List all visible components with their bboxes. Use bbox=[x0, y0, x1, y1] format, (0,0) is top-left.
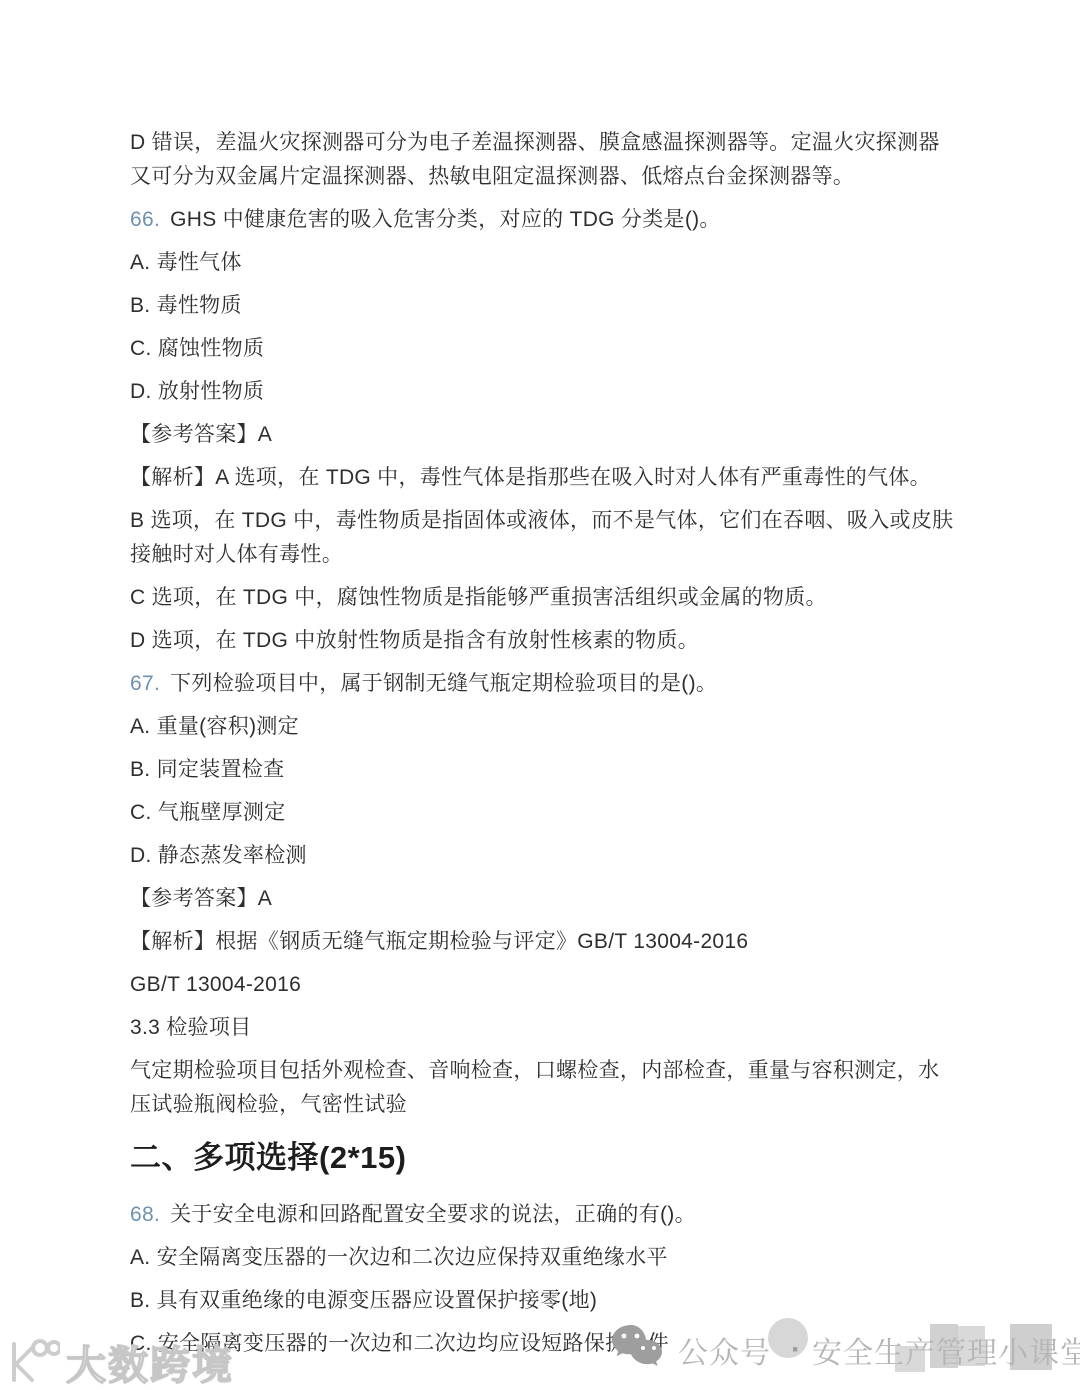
question-68: 68.关于安全电源和回路配置安全要求的说法，正确的有()。 bbox=[130, 1198, 955, 1232]
option-b: B. 毒性物质 bbox=[130, 289, 955, 323]
explanation-text: D 错误，差温火灾探测器可分为电子差温探测器、膜盒感温探测器等。定温火灾探测器又… bbox=[130, 126, 955, 194]
option-a: A. 安全隔离变压器的一次边和二次边应保持双重绝缘水平 bbox=[130, 1241, 955, 1275]
analysis-text: 【解析】根据《钢质无缝气瓶定期检验与评定》GB/T 13004-2016 bbox=[130, 925, 955, 959]
analysis-text: C 选项，在 TDG 中，腐蚀性物质是指能够严重损害活组织或金属的物质。 bbox=[130, 581, 955, 615]
analysis-text: D 选项，在 TDG 中放射性物质是指含有放射性核素的物质。 bbox=[130, 624, 955, 658]
question-text: GHS 中健康危害的吸入危害分类，对应的 TDG 分类是()。 bbox=[170, 208, 721, 231]
option-a: A. 重量(容积)测定 bbox=[130, 710, 955, 744]
question-number: 67. bbox=[130, 672, 160, 695]
option-d: D. 放射性物质 bbox=[130, 375, 955, 409]
document-page: D 错误，差温火灾探测器可分为电子差温探测器、膜盒感温探测器等。定温火灾探测器又… bbox=[0, 0, 1080, 1361]
section-heading: 二、多项选择(2*15) bbox=[130, 1136, 955, 1180]
question-text: 下列检验项目中，属于钢制无缝气瓶定期检验项目的是()。 bbox=[170, 672, 717, 695]
clause-title: 3.3 检验项目 bbox=[130, 1011, 955, 1045]
question-66: 66.GHS 中健康危害的吸入危害分类，对应的 TDG 分类是()。 bbox=[130, 203, 955, 237]
option-c: C. 腐蚀性物质 bbox=[130, 332, 955, 366]
standard-code: GB/T 13004-2016 bbox=[130, 968, 955, 1002]
option-b: B. 同定装置检查 bbox=[130, 753, 955, 787]
reference-answer: 【参考答案】A bbox=[130, 882, 955, 916]
option-b: B. 具有双重绝缘的电源变压器应设置保护接零(地) bbox=[130, 1284, 955, 1318]
analysis-text: B 选项，在 TDG 中，毒性物质是指固体或液体，而不是气体，它们在吞咽、吸入或… bbox=[130, 504, 955, 572]
question-67: 67.下列检验项目中，属于钢制无缝气瓶定期检验项目的是()。 bbox=[130, 667, 955, 701]
option-d: D. 静态蒸发率检测 bbox=[130, 839, 955, 873]
reference-answer: 【参考答案】A bbox=[130, 418, 955, 452]
question-text: 关于安全电源和回路配置安全要求的说法，正确的有()。 bbox=[170, 1203, 696, 1226]
analysis-text: 【解析】A 选项，在 TDG 中，毒性气体是指那些在吸入时对人体有严重毒性的气体… bbox=[130, 461, 955, 495]
option-c: C. 安全隔离变压器的一次边和二次边均应设短路保护元件 bbox=[130, 1327, 955, 1361]
question-number: 66. bbox=[130, 208, 160, 231]
clause-body: 气定期检验项目包括外观检查、音响检查，口螺检查，内部检查，重量与容积测定，水压试… bbox=[130, 1054, 955, 1122]
question-number: 68. bbox=[130, 1203, 160, 1226]
option-a: A. 毒性气体 bbox=[130, 246, 955, 280]
option-c: C. 气瓶壁厚测定 bbox=[130, 796, 955, 830]
